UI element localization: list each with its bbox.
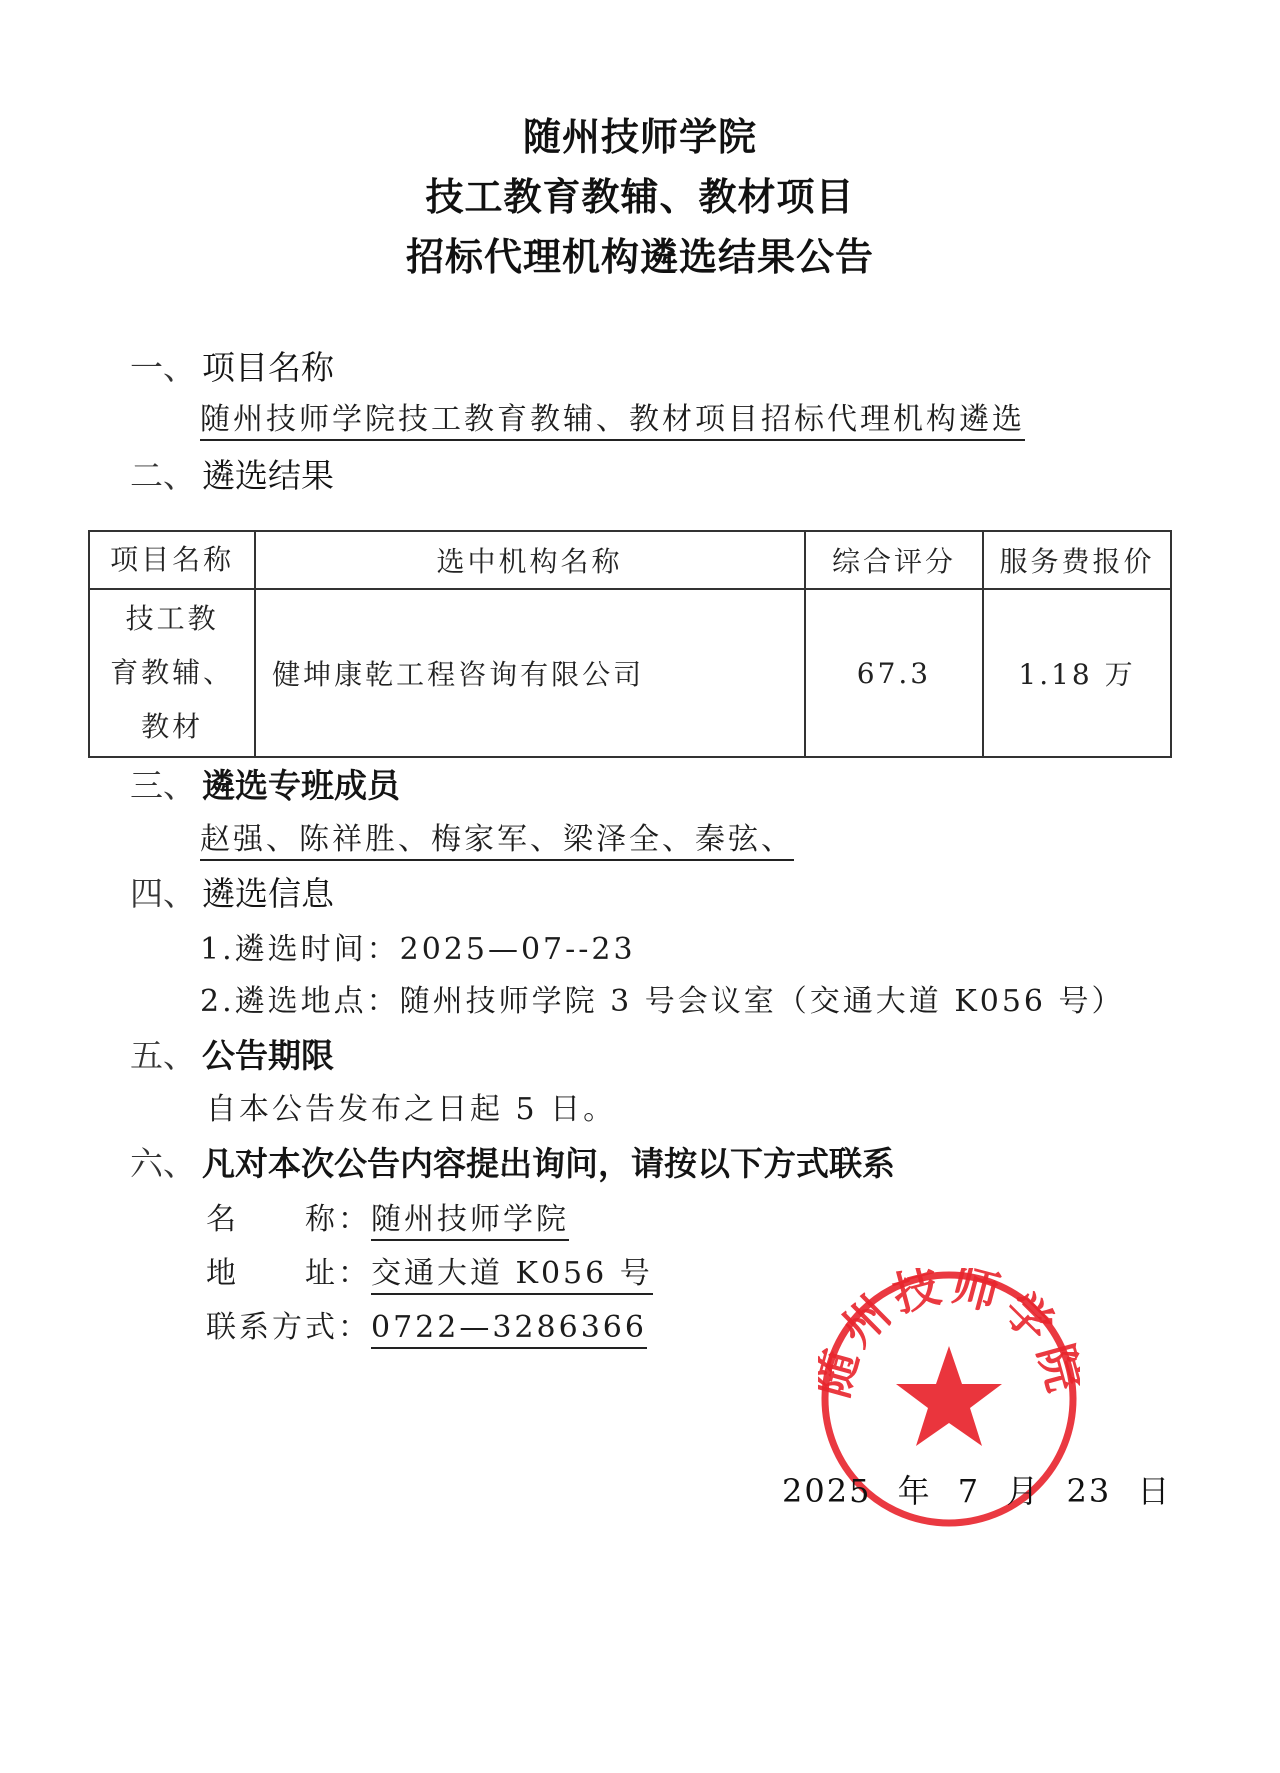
section-heading: 公告期限 — [202, 1036, 334, 1075]
section-heading: 凡对本次公告内容提出询问，请按以下方式联系 — [202, 1144, 895, 1183]
selection-location: 2.遴选地点：随州技师学院 3 号会议室（交通大道 K056 号） — [200, 976, 1125, 1020]
contact-name-row: 名 称：随州技师学院 — [206, 1194, 569, 1238]
contact-name-label: 名 称： — [206, 1202, 371, 1237]
table-header-row: 项目名称 选中机构名称 综合评分 服务费报价 — [89, 531, 1171, 589]
panel-members-value: 赵强、陈祥胜、梅家军、梁泽全、秦弦、 — [200, 814, 794, 858]
contact-address-label: 地 址： — [206, 1256, 371, 1291]
section-heading: 遴选专班成员 — [202, 766, 400, 805]
document-title-line-1: 随州技师学院 — [0, 106, 1280, 161]
section-project-name: 一、项目名称 — [130, 342, 334, 389]
project-line: 育教辅、 — [91, 646, 253, 700]
contact-name-value: 随州技师学院 — [371, 1202, 569, 1241]
contact-address-row: 地 址：交通大道 K056 号 — [206, 1248, 653, 1292]
section-selection-info: 四、遴选信息 — [130, 868, 334, 915]
cell-project-name: 技工教 育教辅、 教材 — [89, 589, 255, 757]
document-title-line-2: 技工教育教辅、教材项目 — [0, 166, 1280, 221]
selection-result-table: 项目名称 选中机构名称 综合评分 服务费报价 技工教 育教辅、 教材 健坤康乾工… — [88, 530, 1172, 758]
project-name-value: 随州技师学院技工教育教辅、教材项目招标代理机构遴选 — [200, 394, 1025, 438]
project-line: 教材 — [91, 700, 253, 754]
section-number: 三、 — [130, 760, 202, 807]
notice-period-text: 自本公告发布之日起 5 日。 — [206, 1084, 616, 1128]
header-project-name: 项目名称 — [89, 531, 255, 589]
cell-agency-name: 健坤康乾工程咨询有限公司 — [255, 589, 805, 757]
table-row: 技工教 育教辅、 教材 健坤康乾工程咨询有限公司 67.3 1.18 万 — [89, 589, 1171, 757]
section-number: 四、 — [130, 868, 202, 915]
document-date: 2025 年 7 月 23 日 — [782, 1466, 1171, 1512]
cell-fee: 1.18 万 — [983, 589, 1171, 757]
selection-time: 1.遴选时间：2025—07--23 — [200, 924, 636, 968]
header-agency-name: 选中机构名称 — [255, 531, 805, 589]
contact-address-value: 交通大道 K056 号 — [371, 1256, 653, 1295]
document-title-line-3: 招标代理机构遴选结果公告 — [0, 226, 1280, 281]
contact-phone-value: 0722—3286366 — [371, 1310, 647, 1349]
section-number: 五、 — [130, 1030, 202, 1077]
project-line: 技工教 — [91, 592, 253, 646]
project-name-text: 随州技师学院技工教育教辅、教材项目招标代理机构遴选 — [200, 402, 1025, 441]
cell-score: 67.3 — [805, 589, 983, 757]
contact-phone-label: 联系方式： — [206, 1310, 371, 1345]
header-score: 综合评分 — [805, 531, 983, 589]
section-selection-result: 二、遴选结果 — [130, 450, 334, 497]
section-notice-period: 五、公告期限 — [130, 1030, 334, 1077]
section-heading: 遴选信息 — [202, 874, 334, 913]
panel-members-text: 赵强、陈祥胜、梅家军、梁泽全、秦弦、 — [200, 822, 794, 861]
section-contact: 六、凡对本次公告内容提出询问，请按以下方式联系 — [130, 1138, 895, 1185]
section-panel-members: 三、遴选专班成员 — [130, 760, 400, 807]
header-fee: 服务费报价 — [983, 531, 1171, 589]
section-heading: 项目名称 — [202, 348, 334, 387]
section-number: 六、 — [130, 1138, 202, 1185]
section-heading: 遴选结果 — [202, 456, 334, 495]
section-number: 二、 — [130, 450, 202, 497]
seal-star-icon — [896, 1346, 1002, 1446]
contact-phone-row: 联系方式：0722—3286366 — [206, 1302, 647, 1346]
section-number: 一、 — [130, 342, 202, 389]
